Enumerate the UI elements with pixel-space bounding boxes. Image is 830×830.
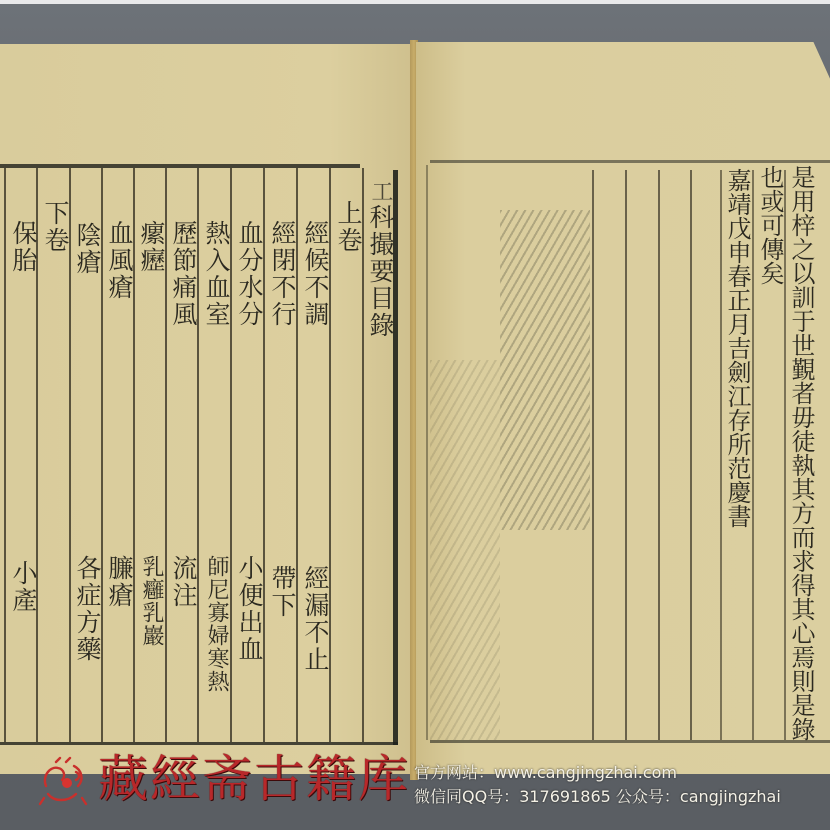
toc-entry: 小產 bbox=[8, 560, 38, 614]
watermark-contact: 微信同QQ号：317691865 公众号：cangjingzhai bbox=[414, 784, 781, 807]
section-heading-lower-volume: 下卷 bbox=[40, 200, 70, 254]
toc-entry: 熱入血室 bbox=[201, 220, 231, 328]
column-rule bbox=[362, 168, 364, 742]
column-rule bbox=[4, 168, 6, 742]
right-outer-border bbox=[426, 165, 428, 740]
toc-entry: 乳癰乳巖 bbox=[136, 555, 166, 647]
toc-entry: 瘰癧 bbox=[136, 220, 166, 274]
toc-entry: 血風瘡 bbox=[104, 220, 134, 301]
toc-entry: 陰瘡 bbox=[72, 222, 102, 276]
ink-smudge bbox=[500, 210, 590, 530]
column-rule bbox=[69, 168, 71, 742]
toc-entry: 帶下 bbox=[267, 565, 297, 619]
toc-entry: 師尼寡婦寒熱 bbox=[201, 555, 231, 693]
section-heading-upper-volume: 上卷 bbox=[333, 200, 363, 254]
page-title: 科撮要目錄 bbox=[365, 204, 395, 339]
column-rule bbox=[752, 170, 754, 740]
watermark-brand: 藏經斋古籍库 bbox=[98, 750, 410, 808]
toc-entry: 血分水分 bbox=[234, 220, 264, 328]
title-prefix: 工 bbox=[365, 180, 395, 204]
column-rule bbox=[658, 170, 660, 740]
watermark-website: 官方网站：www.cangjingzhai.com bbox=[414, 760, 677, 783]
column-rule bbox=[625, 170, 627, 740]
toc-entry: 流注 bbox=[168, 555, 198, 609]
toc-entry: 臁瘡 bbox=[104, 555, 134, 609]
left-top-border bbox=[0, 164, 360, 168]
right-bottom-border bbox=[430, 740, 830, 743]
toc-entry: 經閉不行 bbox=[267, 220, 297, 328]
preface-text-column: 也或可傳矣 bbox=[755, 165, 784, 285]
toc-entry: 各症方藥 bbox=[72, 555, 102, 663]
toc-entry: 經漏不止 bbox=[300, 565, 330, 673]
right-top-border bbox=[430, 160, 830, 163]
toc-entry: 歷節痛風 bbox=[168, 220, 198, 328]
preface-text-column: 是用梓之以訓于世覲者毋徒執其方而求得其心焉則是錄 bbox=[786, 165, 815, 741]
column-rule bbox=[592, 170, 594, 740]
column-rule bbox=[690, 170, 692, 740]
toc-entry: 保胎 bbox=[8, 220, 38, 274]
ink-smudge bbox=[430, 360, 500, 740]
left-bottom-border bbox=[0, 742, 398, 745]
red-dragon-seal-icon bbox=[36, 756, 90, 806]
toc-entry: 小便出血 bbox=[234, 555, 264, 663]
colophon-signature: 嘉靖戊申春正月吉劍江存所范慶書 bbox=[722, 168, 751, 528]
toc-entry: 經候不調 bbox=[300, 220, 330, 328]
